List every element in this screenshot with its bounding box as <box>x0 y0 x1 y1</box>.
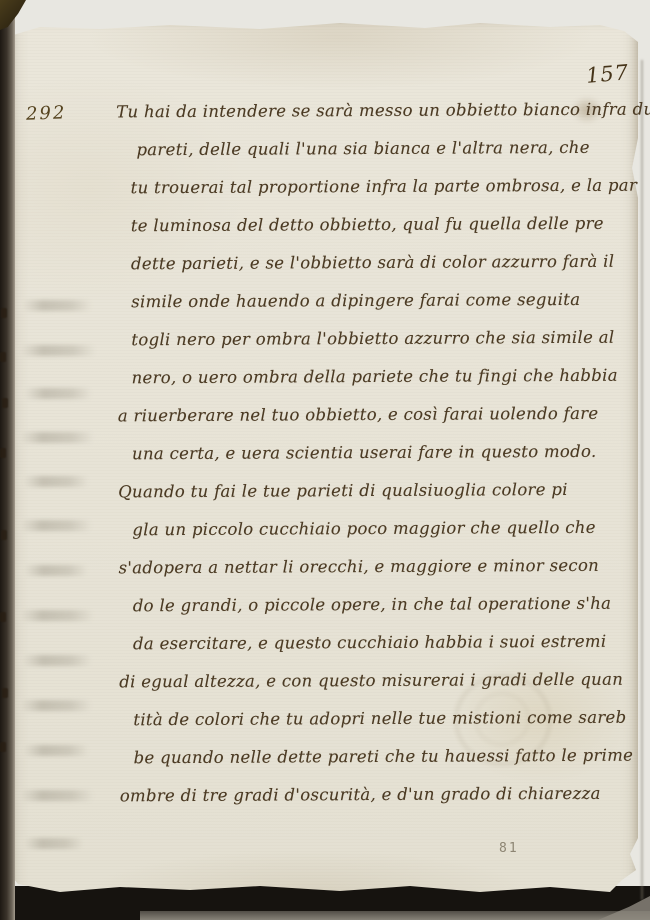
manuscript-text-line: be quando nelle dette pareti che tu haue… <box>133 737 624 778</box>
facing-page-ink-fragment <box>0 742 6 752</box>
folio-number: 157 <box>585 60 630 88</box>
show-through-mark <box>24 565 88 576</box>
show-through-mark <box>23 476 89 487</box>
underlying-leaf-edge <box>641 60 643 900</box>
show-through-mark <box>20 790 94 801</box>
manuscript-text-line: simile onde hauendo a dipingere farai co… <box>131 281 622 322</box>
manuscript-text-line: gla un piccolo cucchiaio poco maggior ch… <box>132 509 623 550</box>
manuscript-text-line: togli nero per ombra l'obbietto azzurro … <box>131 319 622 360</box>
manuscript-text-line: da esercitare, e questo cucchiaio habbia… <box>133 623 624 664</box>
facing-page-ink-fragment <box>2 398 8 408</box>
margin-paragraph-number: 292 <box>26 102 67 124</box>
facing-page-ink-fragment <box>1 530 7 540</box>
manuscript-text-line: di egual altezza, e con questo misurerai… <box>119 661 624 702</box>
manuscript-text-line: tità de colori che tu adopri nelle tue m… <box>133 699 624 740</box>
manuscript-text-line: pareti, delle quali l'una sia bianca e l… <box>136 129 621 170</box>
show-through-mark <box>23 745 89 756</box>
show-through-mark <box>22 655 92 666</box>
manuscript-text-line: nero, o uero ombra della pariete che tu … <box>132 357 623 398</box>
stamped-page-number: 81 <box>499 841 519 856</box>
show-through-mark <box>24 388 92 399</box>
manuscript-text-line: s'adopera a nettar li orecchi, e maggior… <box>119 547 624 588</box>
facing-page-ink-fragment <box>2 688 8 698</box>
manuscript-text-line: una certa, e uera scientia userai fare i… <box>132 433 623 474</box>
manuscript-text-block: Tu hai da intendere se sarà messo un obb… <box>116 91 625 816</box>
manuscript-text-line: a riuerberare nel tuo obbietto, e così f… <box>118 395 623 436</box>
show-through-mark <box>20 345 96 356</box>
manuscript-text-line: tu trouerai tal proportione infra la par… <box>131 167 622 208</box>
facing-page-ink-fragment <box>0 612 6 622</box>
binding-gutter <box>0 0 15 920</box>
manuscript-text-line: te luminosa del detto obbietto, qual fu … <box>131 205 622 246</box>
show-through-mark <box>20 700 92 711</box>
manuscript-text-line: ombre di tre gradi d'oscurità, e d'un gr… <box>120 775 625 816</box>
show-through-mark <box>20 520 92 531</box>
manuscript-text-line: dette parieti, e se l'obbietto sarà di c… <box>131 243 622 284</box>
show-through-mark <box>24 838 84 849</box>
facing-page-ink-fragment <box>1 308 7 318</box>
show-through-mark <box>20 432 94 443</box>
lower-leaf-edge <box>140 911 650 920</box>
facing-page-ink-fragment <box>0 352 6 362</box>
manuscript-text-line: do le grandi, o piccole opere, in che ta… <box>133 585 624 626</box>
show-through-mark <box>20 610 94 621</box>
manuscript-text-line: Tu hai da intendere se sarà messo un obb… <box>116 91 621 132</box>
show-through-mark <box>22 300 92 311</box>
manuscript-photo: 157 292 81 Tu hai da intendere se sarà m… <box>0 0 650 920</box>
facing-page-ink-fragment <box>0 448 6 458</box>
manuscript-text-line: Quando tu fai le tue parieti di qualsiuo… <box>118 471 623 512</box>
